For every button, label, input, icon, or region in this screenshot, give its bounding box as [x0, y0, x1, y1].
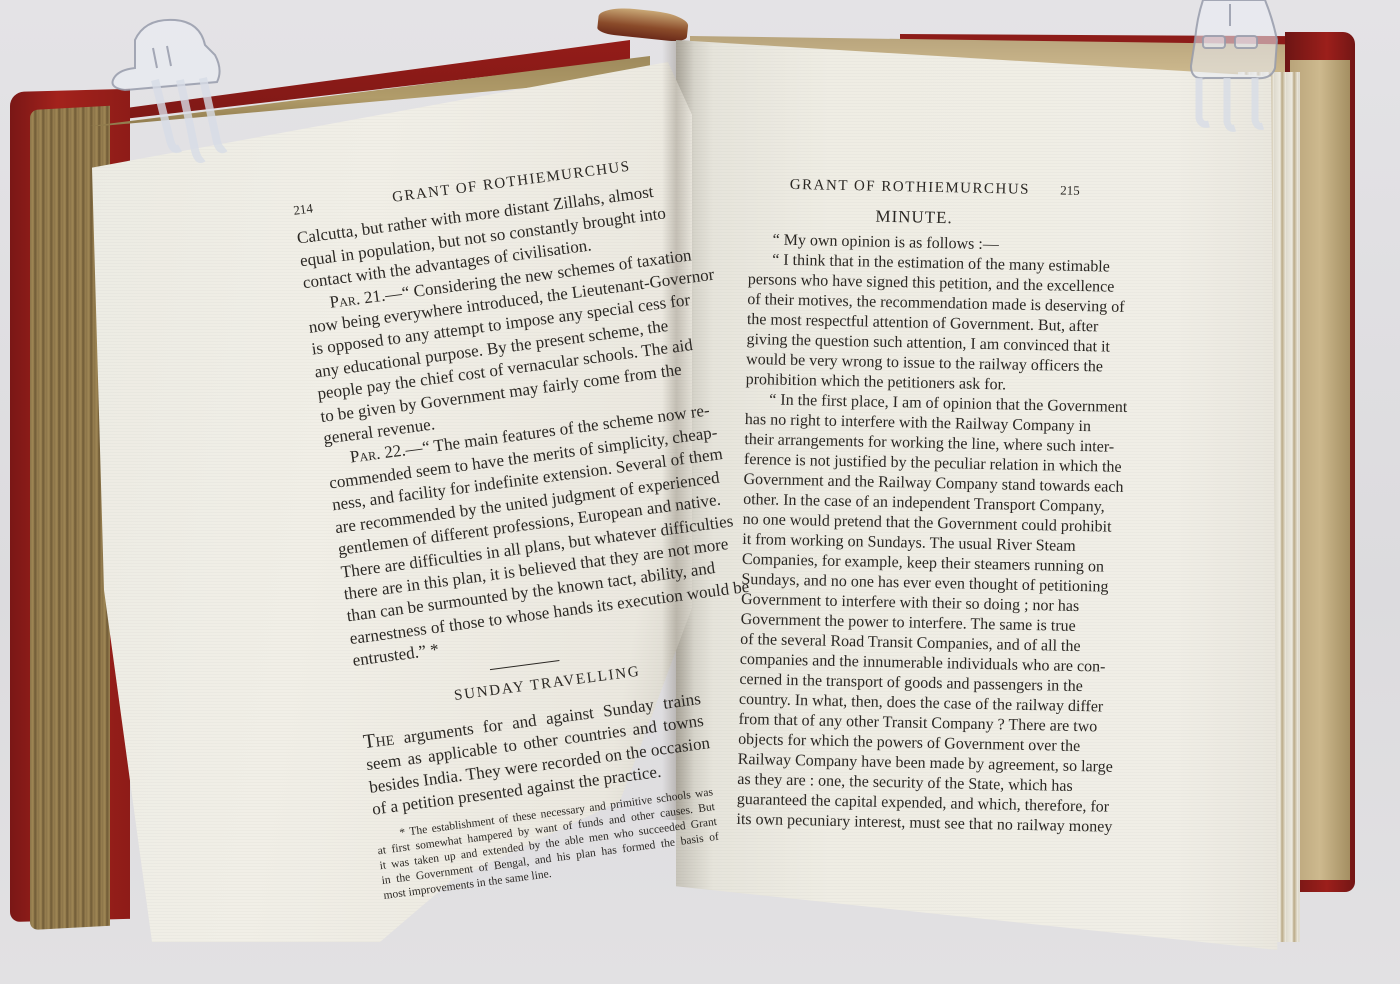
right-page-text: GRANT OF ROTHIEMURCHUS 215 MINUTE. “ My …: [736, 174, 1080, 837]
paragraph: “ In the first place, I am of opinion th…: [736, 390, 1075, 837]
minute-title: MINUTE.: [749, 204, 1079, 231]
page-number: 215: [1060, 181, 1080, 201]
running-head: GRANT OF ROTHIEMURCHUS: [790, 175, 1031, 200]
clip-icon: [105, 10, 255, 170]
drop-word: The: [362, 727, 395, 753]
paragraph: “ I think that in the estimation of the …: [745, 250, 1078, 397]
page-number: 214: [292, 197, 314, 222]
clip-icon: [1185, 0, 1295, 135]
section-divider: [490, 660, 560, 670]
page-clip-left: [105, 10, 255, 170]
paragraph-par-22: Par. 22.—“ The main features of the sche…: [325, 406, 691, 673]
page-clip-right: [1185, 0, 1295, 135]
